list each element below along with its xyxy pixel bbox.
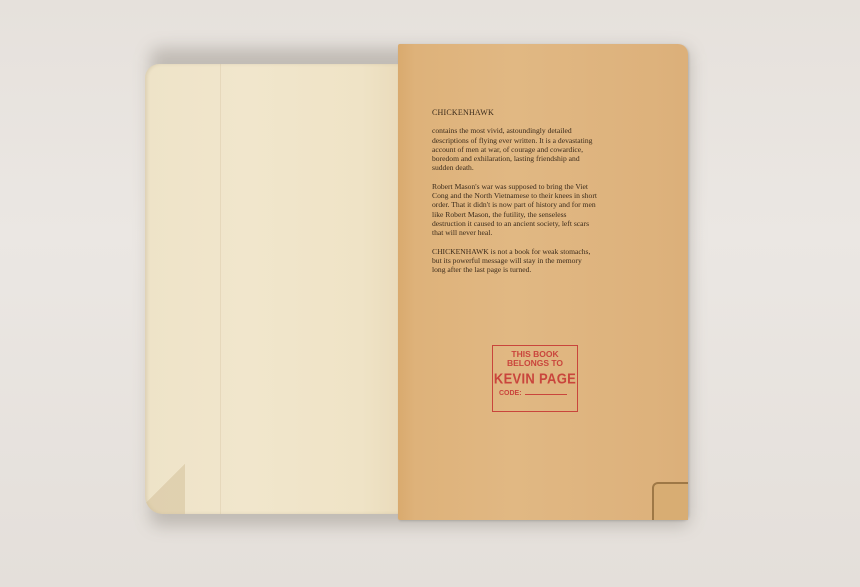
- paragraph-3: CHICKENHAWK is not a book for weak stoma…: [432, 247, 597, 275]
- paragraph-1: contains the most vivid, astoundingly de…: [432, 126, 597, 172]
- page-crease: [220, 64, 221, 514]
- left-page: [145, 64, 400, 514]
- corner-fold: [145, 454, 185, 514]
- ownership-stamp: THIS BOOK BELONGS TO KEVIN PAGE CODE:: [492, 345, 578, 412]
- stamp-line-2: BELONGS TO: [493, 359, 577, 368]
- stamp-owner: KEVIN PAGE: [493, 370, 577, 387]
- stamp-code-line: [525, 394, 567, 395]
- stamp-code-label: CODE:: [499, 390, 522, 397]
- paragraph-2: Robert Mason's war was supposed to bring…: [432, 182, 597, 238]
- stamp-code: CODE:: [493, 390, 577, 397]
- blurb-text: CHICKENHAWK contains the most vivid, ast…: [432, 108, 597, 283]
- book-title: CHICKENHAWK: [432, 108, 597, 117]
- torn-corner: [652, 482, 688, 520]
